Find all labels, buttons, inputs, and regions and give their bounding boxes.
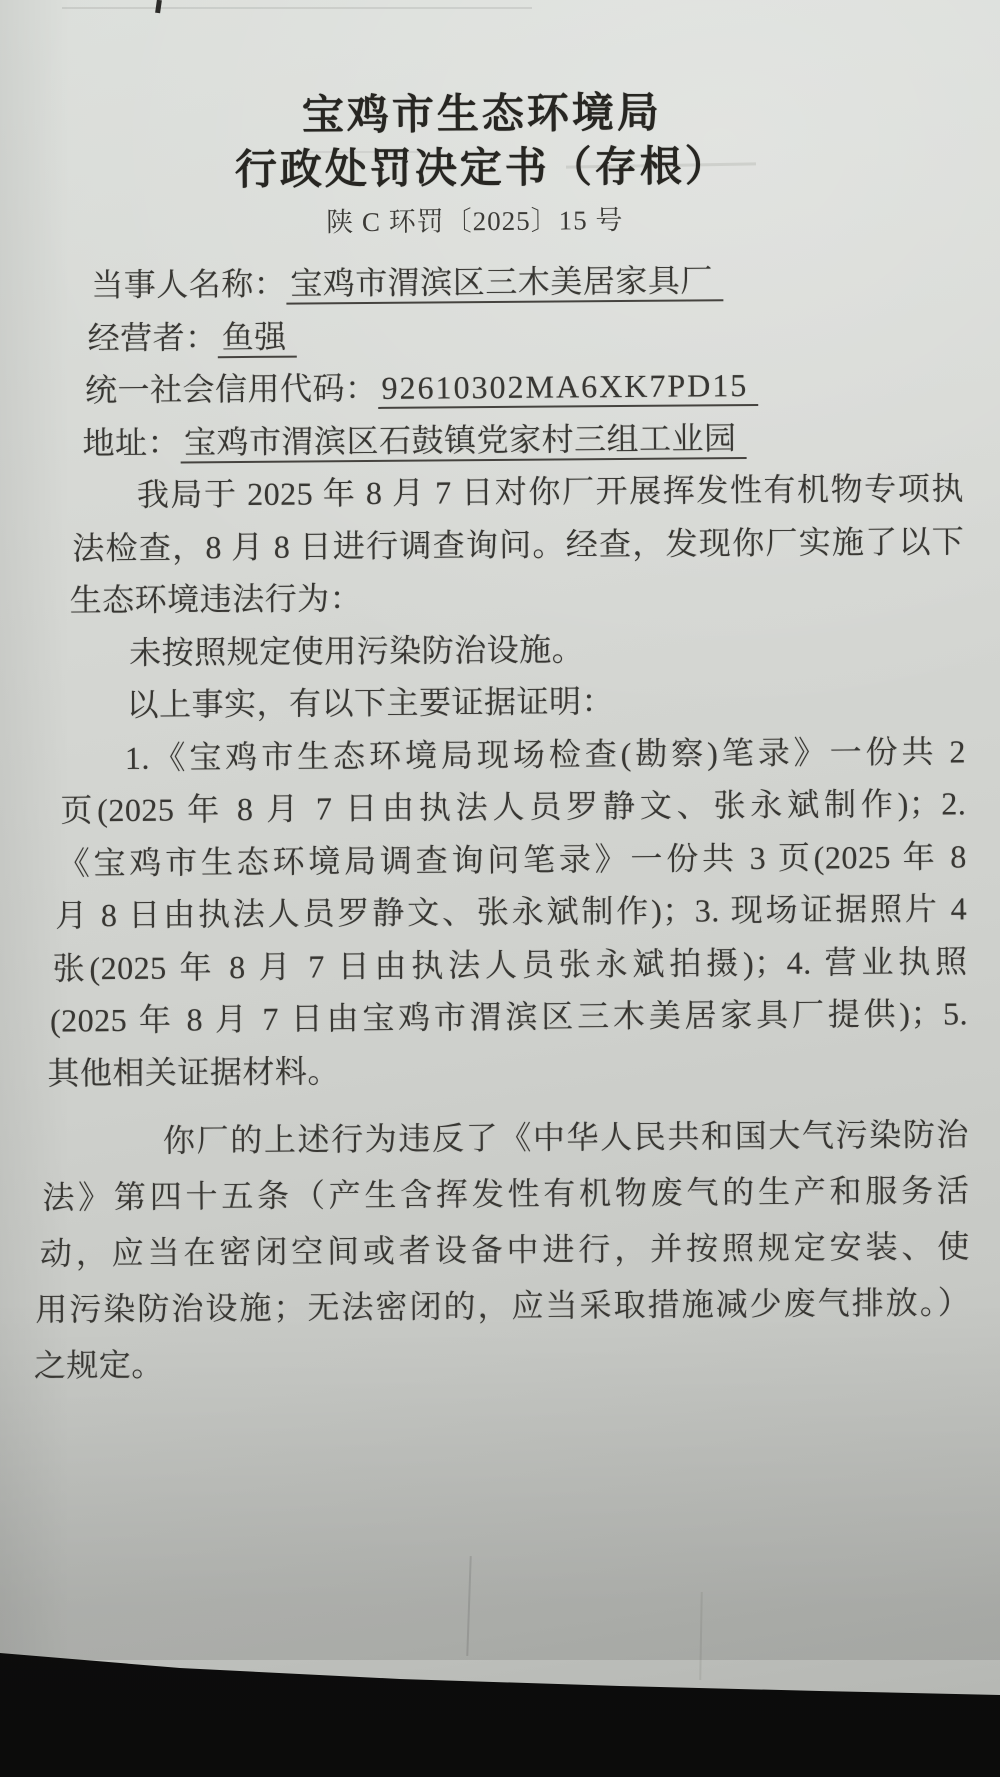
body-line: 1.《宝鸡市生态环境局现场检查(勘察)笔录》一份共 2: [63, 725, 966, 785]
field-label: 当事人名称：: [91, 266, 286, 304]
document-title: 宝鸡市生态环境局 行政处罚决定书（存根）: [0, 84, 971, 200]
body-line: 我局于 2025 年 8 月 7 日对你厂开展挥发性有机物专项执: [75, 462, 964, 521]
field-row: 当事人名称：宝鸡市渭滨区三木美居家具厂: [91, 252, 962, 311]
field-row: 地址：宝鸡市渭滨区石鼓镇党家村三组工业园: [82, 410, 963, 469]
document-number: 陕 C 环罚〔2025〕15 号: [0, 195, 955, 242]
document-photo: 宝鸡市生态环境局 行政处罚决定书（存根） 陕 C 环罚〔2025〕15 号 当事…: [0, 0, 1000, 1777]
field-label: 统一社会信用代码：: [85, 370, 378, 408]
title-line-1: 宝鸡市生态环境局: [0, 84, 970, 146]
title-line-2: 行政处罚决定书（存根）: [0, 138, 971, 200]
body-line: 用污染防治设施；无法密闭的，应当采取措施减少废气排放。）: [35, 1274, 970, 1337]
body-line: 《宝鸡市生态环境局调查询问笔录》一份共 3 页(2025 年 8: [58, 830, 967, 890]
document-body: 当事人名称：宝鸡市渭滨区三木美居家具厂 经营者：鱼强 统一社会信用代码：9261…: [45, 252, 971, 1393]
body-line: (2025 年 8 月 7 日由宝鸡市渭滨区三木美居家具厂提供)；5.: [50, 987, 968, 1047]
body-line: 其他相关证据材料。: [47, 1040, 968, 1100]
body-line: 之规定。: [34, 1330, 971, 1393]
body-line: 法》第四十五条（产生含挥发性有机物废气的生产和服务活: [42, 1162, 969, 1225]
body-line: 以上事实，有以下主要证据证明：: [64, 672, 965, 732]
field-row: 统一社会信用代码：92610302MA6XK7PD15: [85, 357, 963, 416]
field-label: 地址：: [82, 424, 180, 461]
field-value-underlined: 宝鸡市渭滨区三木美居家具厂: [286, 262, 723, 304]
body-line: 月 8 日由执法人员罗静文、张永斌制作)；3. 现场证据照片 4: [55, 882, 967, 942]
field-value-underlined: 92610302MA6XK7PD15: [377, 367, 758, 409]
field-value-underlined: 宝鸡市渭滨区石鼓镇党家村三组工业园: [180, 420, 747, 463]
body-line: 未按照规定使用污染防治设施。: [67, 620, 965, 680]
document-content: 宝鸡市生态环境局 行政处罚决定书（存根） 陕 C 环罚〔2025〕15 号 当事…: [0, 0, 1000, 1777]
field-label: 经营者：: [88, 319, 218, 356]
body-line: 你厂的上述行为违反了《中华人民共和国大气污染防治: [45, 1106, 969, 1169]
field-row: 经营者：鱼强: [87, 305, 962, 364]
body-line: 法检查，8 月 8 日进行调查询问。经查，发现你厂实施了以下: [72, 515, 964, 575]
field-value-underlined: 鱼强: [218, 318, 297, 358]
body-line: 张(2025 年 8 月 7 日由执法人员张永斌拍摄)；4. 营业执照: [52, 935, 967, 995]
body-line: 动，应当在密闭空间或者设备中进行，并按照规定安装、使: [40, 1218, 970, 1281]
body-line: 生态环境违法行为：: [70, 567, 965, 627]
body-line: 页(2025 年 8 月 7 日由执法人员罗静文、张永斌制作)；2.: [60, 777, 966, 837]
